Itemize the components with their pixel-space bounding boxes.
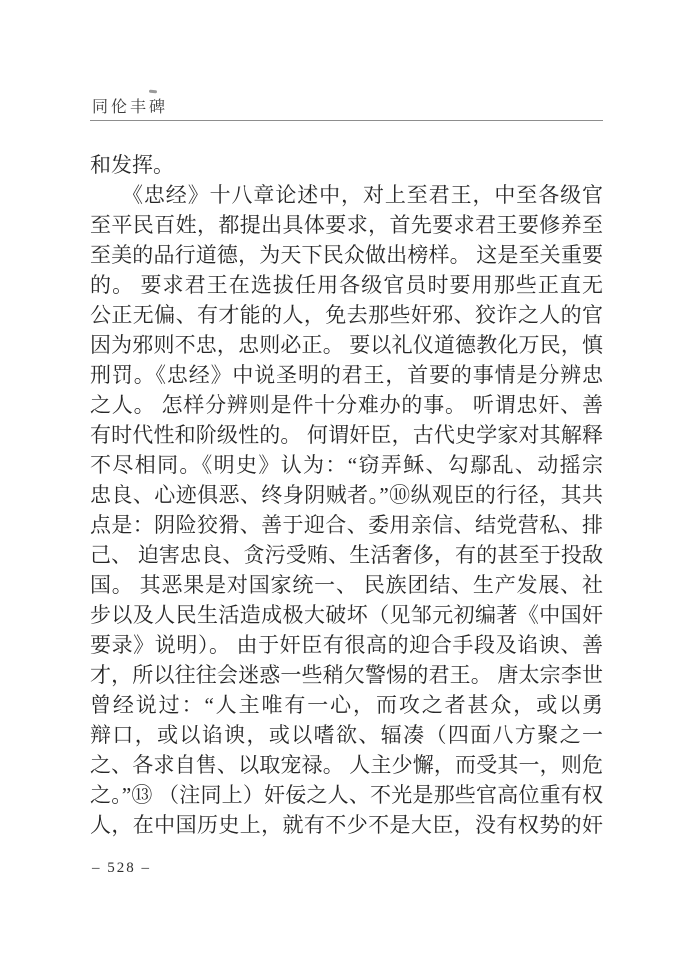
text-line: 人，在中国历史上，就有不少不是大臣，没有权势的奸臣照 — [90, 810, 603, 840]
text-line: 和发挥。 — [90, 150, 603, 180]
text-line: 不尽相同。《明史》认为：“窃弄稣、勾鄢乱、动摇宗祐、屠害 — [90, 450, 603, 480]
text-line: 要录》说明）。 由于奸臣有很高的迎合手段及谄谀、善辩口 — [90, 630, 603, 660]
text-line: 点是：阴险狡猾、善于迎合、委用亲信、结党营私、排除异 — [90, 510, 603, 540]
running-header: 同伦丰碑 — [92, 94, 168, 117]
text-line: 辩口，或以谄谀，或以嗜欲、辐凑（四面八方聚之一处）攻 — [90, 720, 603, 750]
text-line: 之人。 怎样分辨则是件十分难办的事。 听谓忠奸、善恶是 — [90, 390, 603, 420]
book-page: 同伦丰碑 和发挥。《忠经》十八章论述中，对上至君王，中至各级官员，下至平民百姓，… — [0, 0, 692, 968]
text-line: 步以及人民生活造成极大破坏（见邹元初编著《中国奸臣 — [90, 600, 603, 630]
text-line: 刑罚。《忠经》中说圣明的君王，首要的事情是分辨忠奸 — [90, 360, 603, 390]
text-line: 忠良、心迹俱恶、终身阴贼者。”⑩纵观臣的行径，其共同特 — [90, 480, 603, 510]
scan-speck-artifact — [149, 90, 157, 94]
text-line: 才，所以往往会迷惑一些稍欠警惕的君王。 唐太宗李世民 — [90, 660, 603, 690]
text-line: 的。 要求君王在选拔任用各级官员时要用那些正直无私、 — [90, 270, 603, 300]
text-line: 己、 迫害忠良、贪污受贿、生活奢侈，有的甚至于投敌叛 — [90, 540, 603, 570]
body-text: 和发挥。《忠经》十八章论述中，对上至君王，中至各级官员，下至平民百姓，都提出具体… — [90, 150, 603, 840]
text-line: 国。 其恶果是对国家统一、 民族团结、生产发展、社会进 — [90, 570, 603, 600]
text-line: 至美的品行道德，为天下民众做出榜样。 这是至关重要 — [90, 240, 603, 270]
text-line: 至平民百姓，都提出具体要求，首先要求君王要修养至善 — [90, 210, 603, 240]
text-line: 之。”⑬ （注同上）奸佞之人、不光是那些官高位重有权势的 — [90, 780, 603, 810]
page-number: – 528 – — [92, 860, 151, 877]
text-line: 公正无偏、有才能的人，免去那些奸邪、狡诈之人的官职。 — [90, 300, 603, 330]
text-line: 有时代性和阶级性的。 何谓奸臣，古代史学家对其解释也 — [90, 420, 603, 450]
text-line: 《忠经》十八章论述中，对上至君王，中至各级官员，下 — [90, 180, 603, 210]
text-line: 曾经说过：“人主唯有一心，而攻之者甚众，或以勇力，或以 — [90, 690, 603, 720]
header-rule — [90, 120, 603, 121]
text-line: 之、各求自售、以取宠禄。 人主少懈，而受其一，则危亡随 — [90, 750, 603, 780]
text-line: 因为邪则不忠，忠则必正。 要以礼仪道德教化万民，慎用 — [90, 330, 603, 360]
